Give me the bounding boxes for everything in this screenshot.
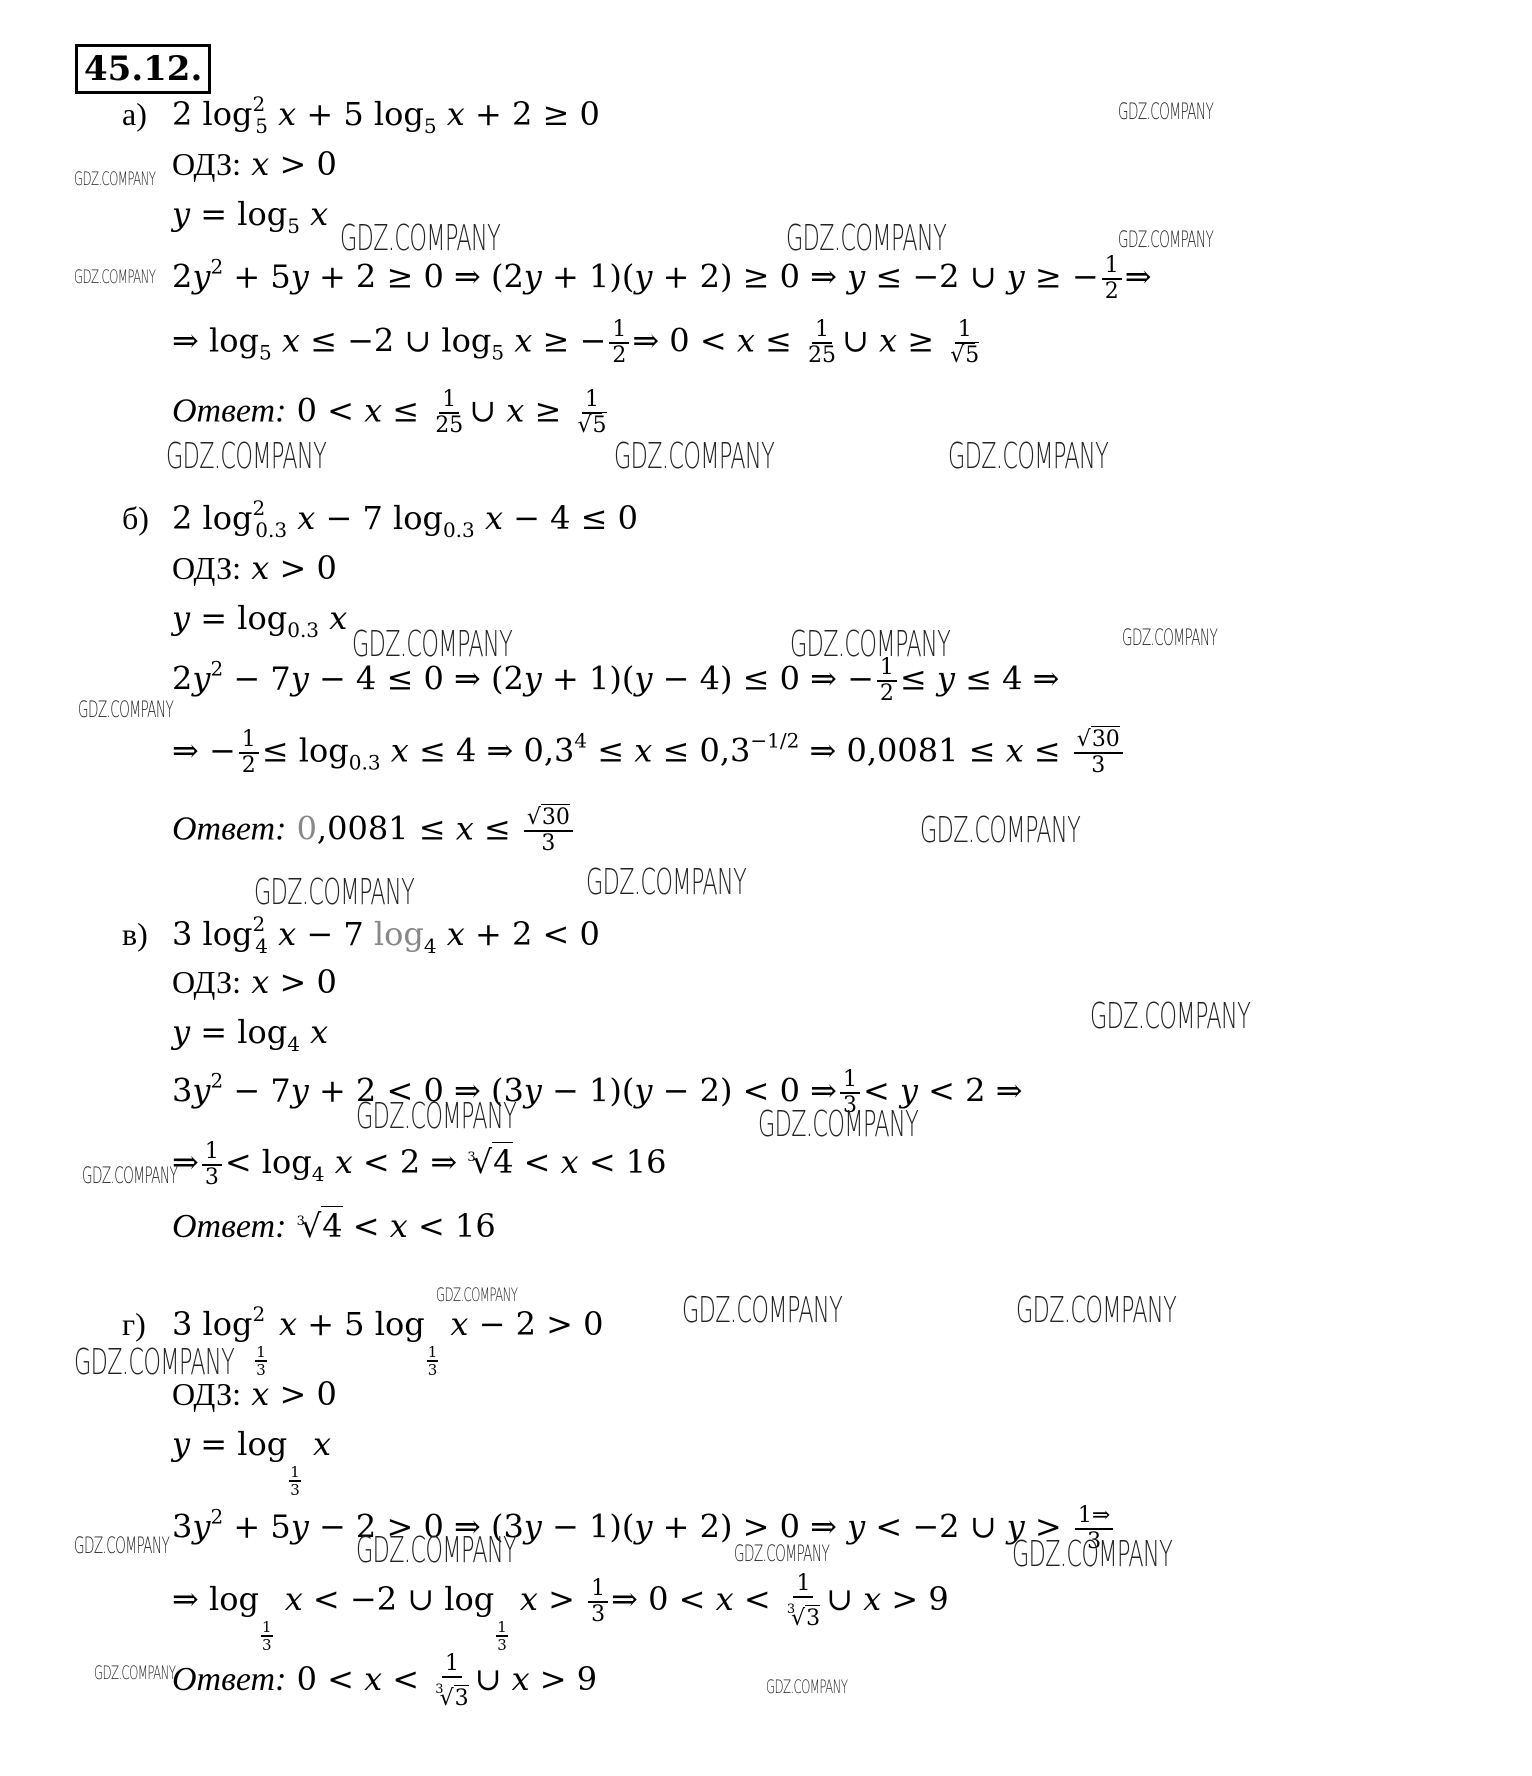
part-a-step1: 2y2 + 5y + 2 ≥ 0 ⇒ (2y + 1)(y + 2) ≥ 0 ⇒… [172, 254, 1152, 304]
watermark: GDZ.COMPANY [78, 698, 173, 723]
part-b-label: б) [122, 500, 149, 537]
watermark: GDZ.COMPANY [74, 168, 155, 190]
watermark: GDZ.COMPANY [1012, 1534, 1172, 1575]
part-a-inequality: 2 log25 x + 5 log5 x + 2 ≥ 0 [172, 94, 600, 134]
part-c-inequality: 3 log24 x − 7 log4 x + 2 < 0 [172, 914, 600, 954]
watermark: GDZ.COMPANY [614, 436, 774, 477]
watermark: GDZ.COMPANY [1016, 1290, 1176, 1331]
part-a-label: а) [122, 96, 147, 133]
part-b-answer: Ответ: 0,0081 ≤ x ≤ √303 [172, 806, 576, 856]
watermark: GDZ.COMPANY [1090, 996, 1250, 1037]
watermark: GDZ.COMPANY [948, 436, 1108, 477]
part-a-step2: ⇒ log5 x ≤ −2 ∪ log5 x ≥ −12⇒ 0 < x ≤ 12… [172, 318, 985, 368]
part-d-substitution: y = log13 x [172, 1424, 331, 1498]
watermark: GDZ.COMPANY [1118, 228, 1213, 253]
part-a-substitution: y = log5 x [172, 194, 328, 234]
part-c-answer: Ответ: 3√4 < x < 16 [172, 1202, 496, 1247]
part-d-inequality: 3 log213 x + 5 log13 x − 2 > 0 [172, 1304, 603, 1378]
part-d-step1: 3y2 + 5y − 2 > 0 ⇒ (3y − 1)(y + 2) > 0 ⇒… [172, 1504, 1116, 1554]
watermark: GDZ.COMPANY [74, 266, 155, 288]
watermark: GDZ.COMPANY [340, 218, 500, 259]
part-c-odz: ОДЗ: x > 0 [172, 962, 337, 1002]
watermark: GDZ.COMPANY [356, 1096, 516, 1137]
part-a-answer: Ответ: 0 < x ≤ 125∪ x ≥ 1√5 [172, 388, 613, 438]
part-b-step2: ⇒ −12≤ log0.3 x ≤ 4 ⇒ 0,34 ≤ x ≤ 0,3−1/2… [172, 728, 1126, 778]
part-d-answer: Ответ: 0 < x < 13√3∪ x > 9 [172, 1652, 597, 1711]
watermark: GDZ.COMPANY [790, 624, 950, 665]
watermark: GDZ.COMPANY [356, 1530, 516, 1571]
watermark: GDZ.COMPANY [352, 624, 512, 665]
part-c-substitution: y = log4 x [172, 1012, 328, 1052]
problem-number: 45.12. [75, 44, 211, 94]
watermark: GDZ.COMPANY [758, 1104, 918, 1145]
part-d-label: г) [122, 1306, 146, 1343]
watermark: GDZ.COMPANY [94, 1662, 175, 1684]
part-a-odz: ОДЗ: x > 0 [172, 144, 337, 184]
part-c-label: в) [122, 916, 148, 953]
watermark: GDZ.COMPANY [436, 1284, 517, 1306]
part-d-step2: ⇒ log13 x < −2 ∪ log13 x > 13⇒ 0 < x < 1… [172, 1572, 949, 1653]
watermark: GDZ.COMPANY [734, 1542, 829, 1567]
part-b-substitution: y = log0.3 x [172, 598, 347, 638]
watermark: GDZ.COMPANY [82, 1164, 177, 1189]
part-b-inequality: 2 log20.3 x − 7 log0.3 x − 4 ≤ 0 [172, 498, 638, 538]
watermark: GDZ.COMPANY [766, 1676, 847, 1698]
watermark: GDZ.COMPANY [74, 1342, 234, 1383]
watermark: GDZ.COMPANY [586, 862, 746, 903]
part-b-odz: ОДЗ: x > 0 [172, 548, 337, 588]
watermark: GDZ.COMPANY [74, 1534, 169, 1559]
watermark: GDZ.COMPANY [254, 872, 414, 913]
watermark: GDZ.COMPANY [166, 436, 326, 477]
watermark: GDZ.COMPANY [786, 218, 946, 259]
watermark: GDZ.COMPANY [1122, 626, 1217, 651]
watermark: GDZ.COMPANY [682, 1290, 842, 1331]
part-c-step2: ⇒13< log4 x < 2 ⇒ 3√4 < x < 16 [172, 1138, 667, 1190]
watermark: GDZ.COMPANY [1118, 100, 1213, 125]
watermark: GDZ.COMPANY [920, 810, 1080, 851]
